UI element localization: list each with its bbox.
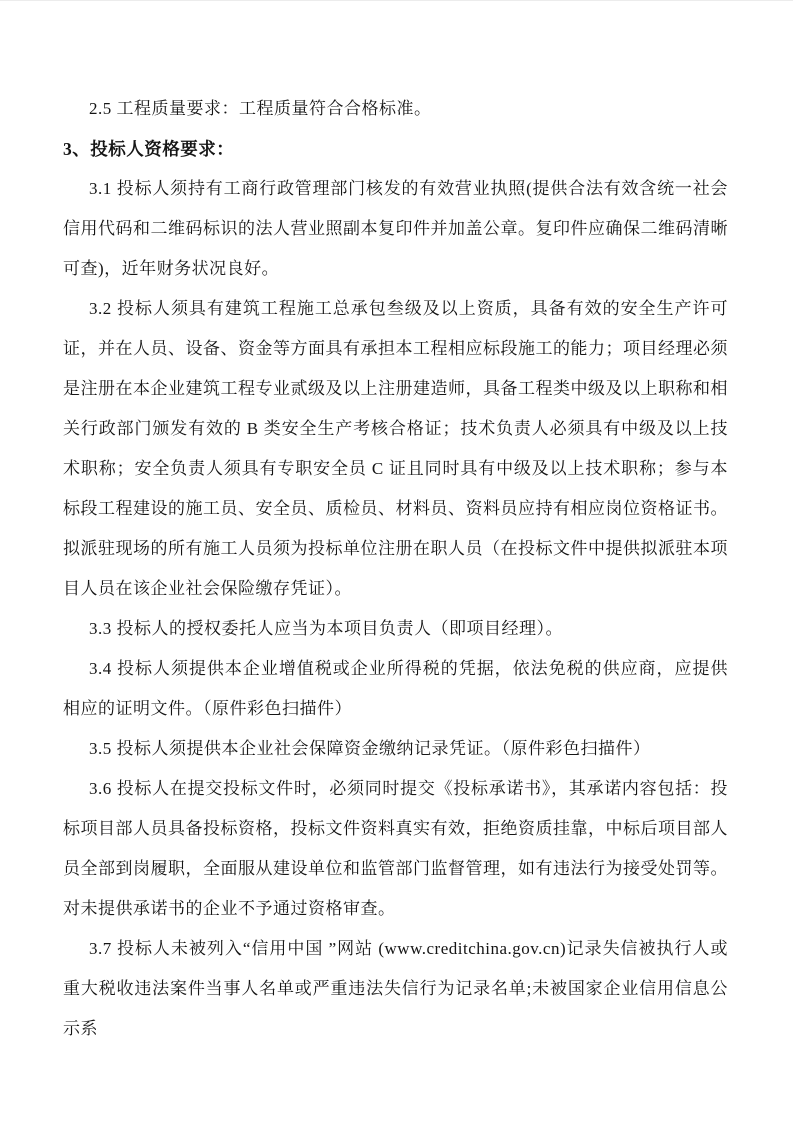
section-3-heading: 3、投标人资格要求： xyxy=(63,129,728,169)
clause-3-2: 3.2 投标人须具有建筑工程施工总承包叁级及以上资质，具备有效的安全生产许可证，… xyxy=(63,289,728,609)
clause-3-5: 3.5 投标人须提供本企业社会保障资金缴纳记录凭证。（原件彩色扫描件） xyxy=(63,729,728,769)
clause-3-4: 3.4 投标人须提供本企业增值税或企业所得税的凭据，依法免税的供应商，应提供相应… xyxy=(63,649,728,729)
document-content: 2.5 工程质量要求：工程质量符合合格标准。 3、投标人资格要求： 3.1 投标… xyxy=(63,89,728,1049)
clause-2-5: 2.5 工程质量要求：工程质量符合合格标准。 xyxy=(63,89,728,129)
clause-3-6: 3.6 投标人在提交投标文件时，必须同时提交《投标承诺书》，其承诺内容包括：投标… xyxy=(63,769,728,929)
clause-3-3: 3.3 投标人的授权委托人应当为本项目负责人（即项目经理）。 xyxy=(63,609,728,649)
document-page: 2.5 工程质量要求：工程质量符合合格标准。 3、投标人资格要求： 3.1 投标… xyxy=(0,0,793,1122)
clause-3-7: 3.7 投标人未被列入“信用中国 ”网站 (www.creditchina.go… xyxy=(63,929,728,1049)
clause-3-1: 3.1 投标人须持有工商行政管理部门核发的有效营业执照(提供合法有效含统一社会信… xyxy=(63,169,728,289)
